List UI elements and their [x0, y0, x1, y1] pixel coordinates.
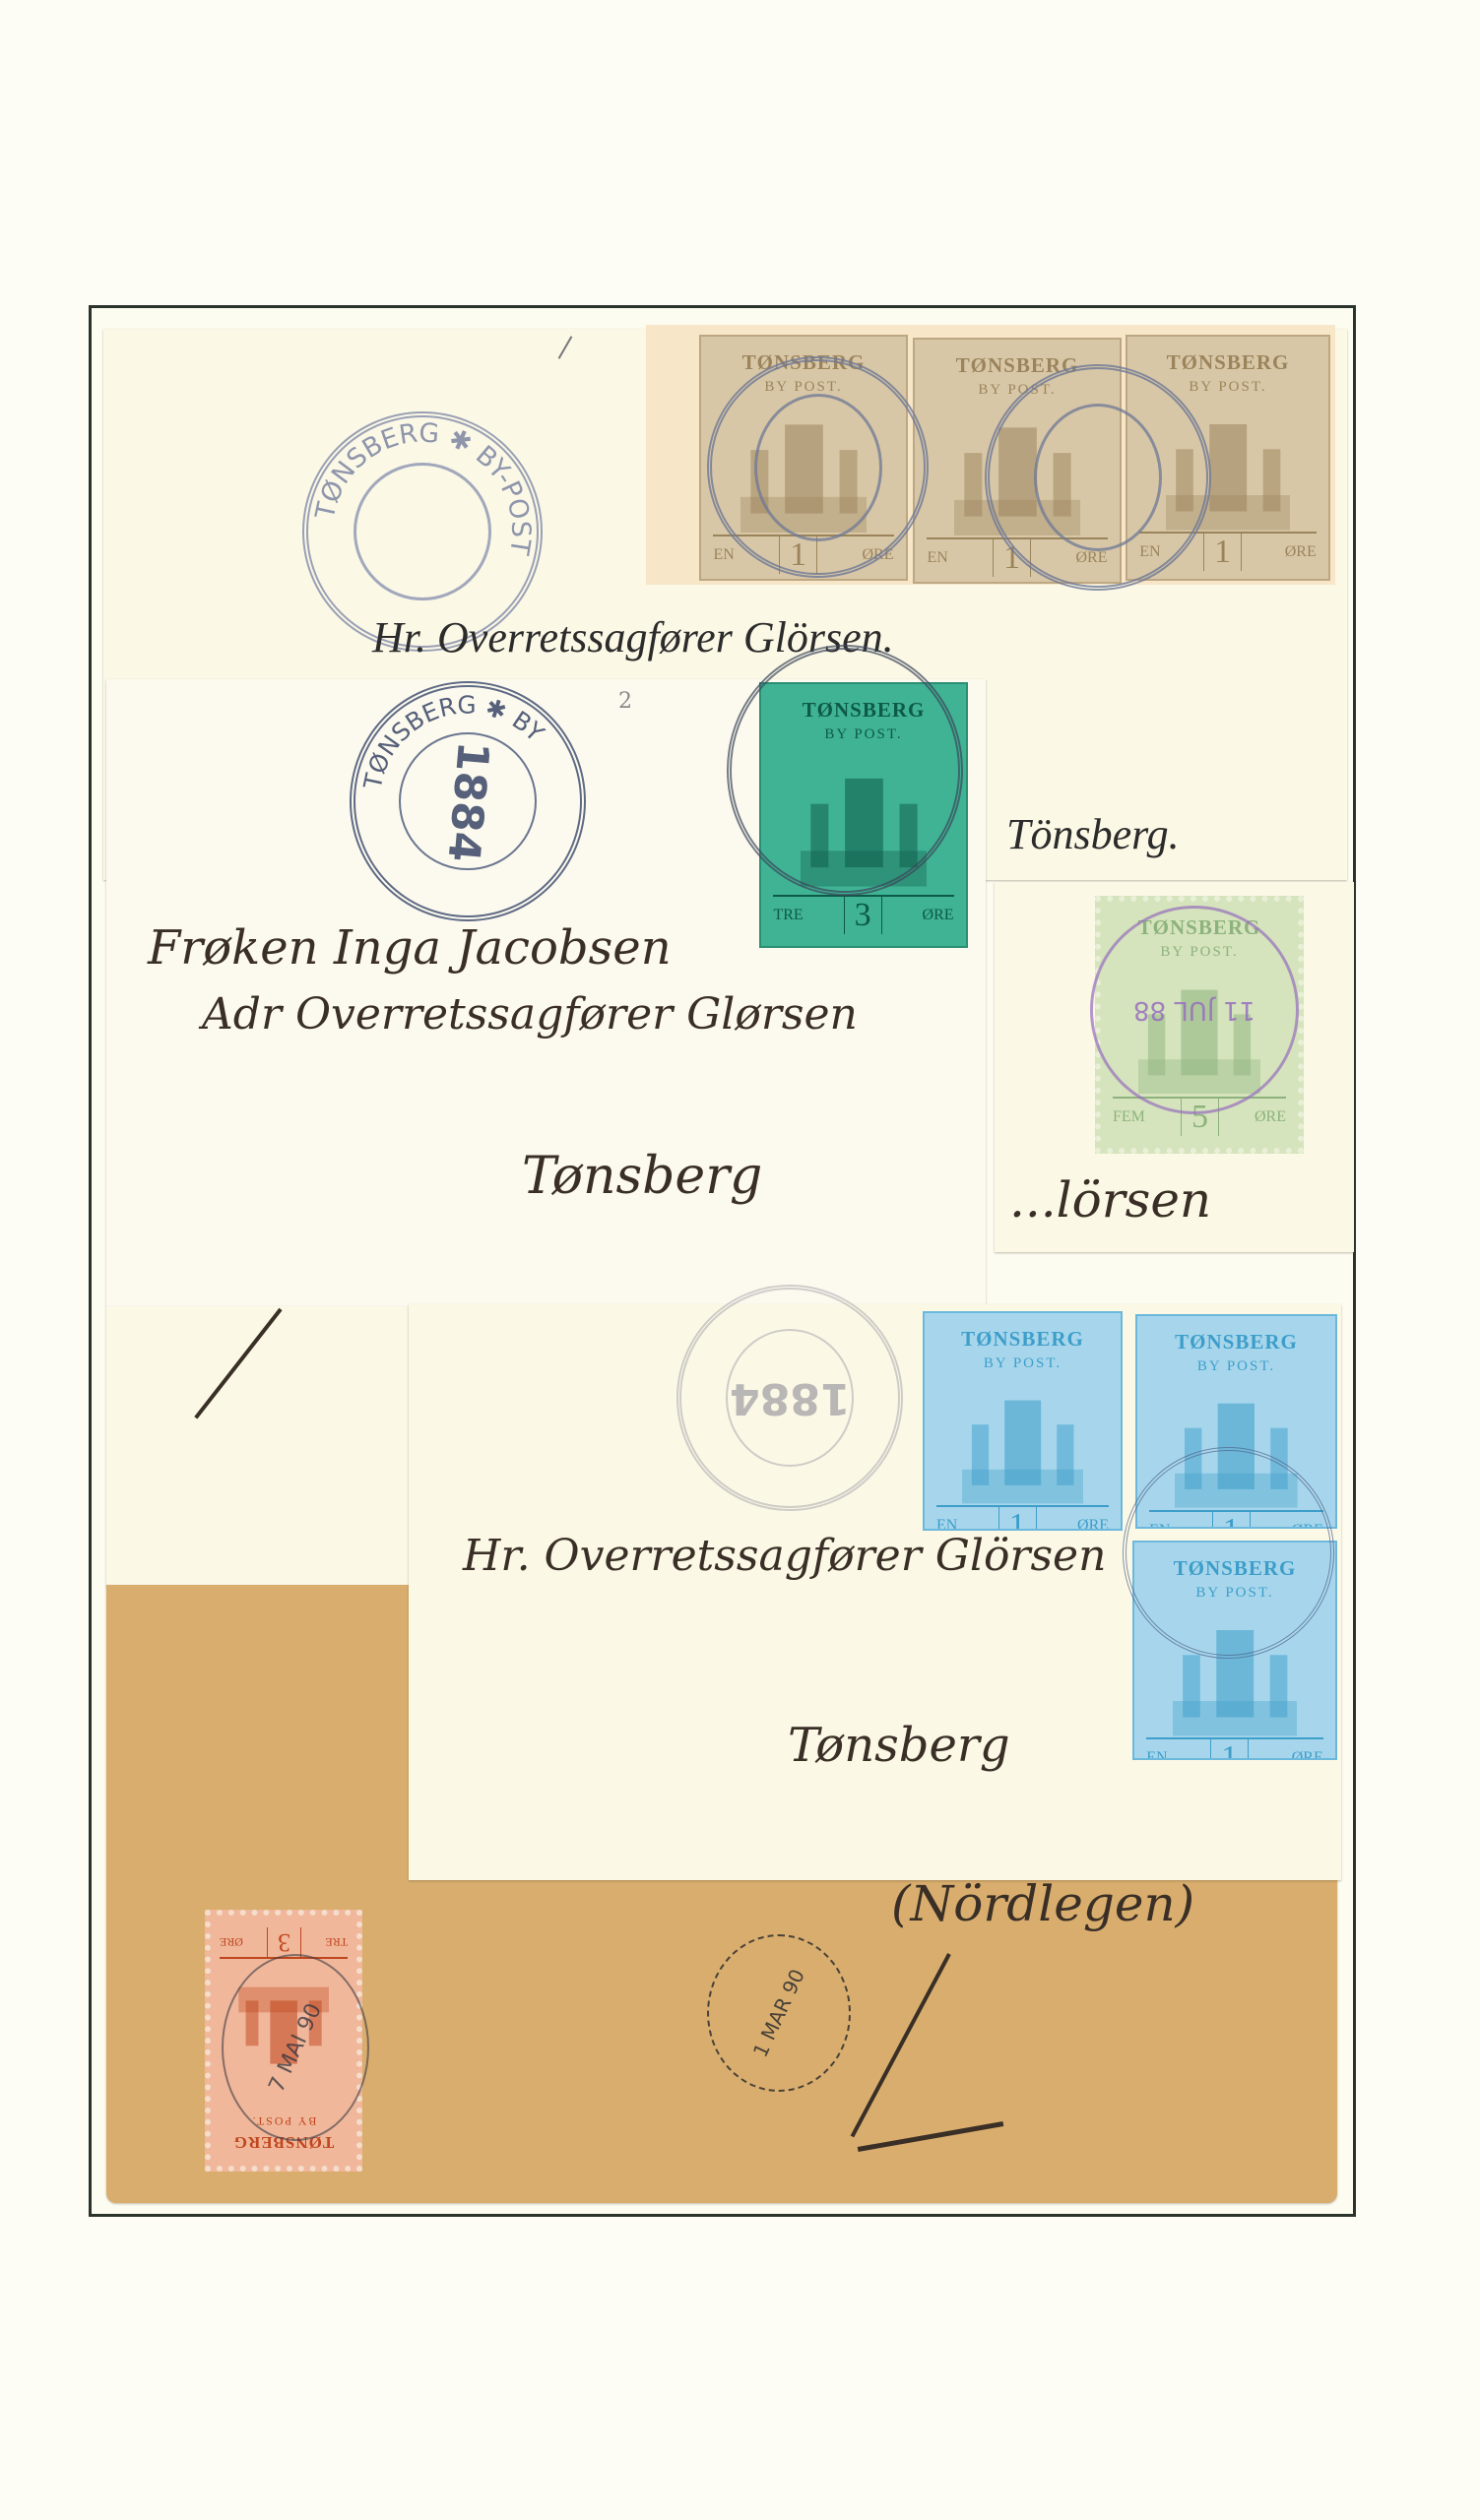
cover-4-envelope: [106, 1306, 412, 1587]
cover-2-address-line1: Frøken Inga Jacobsen: [148, 920, 672, 976]
cover-3-handwritten-fragment: ...lörsen: [1009, 1171, 1211, 1228]
cover-1-stamp-cancel-1: [707, 356, 929, 578]
cover-1-stamp-cancel-2: [985, 364, 1211, 591]
cover-2-pencil-number: 2: [618, 689, 632, 714]
cover-6-address: (Nördlegen): [891, 1875, 1194, 1932]
cover-2-address-line2: Adr Overretssagfører Glørsen: [202, 989, 858, 1039]
cover-5-handstamp: 1884: [676, 1285, 903, 1511]
cover-5-stamp-1: TØNSBERG BY POST. EN1ØRE: [923, 1311, 1123, 1531]
cover-5-stamp-cancel: [1123, 1447, 1334, 1659]
cover-5-address-line1: Hr. Overretssagfører Glörsen: [463, 1531, 1106, 1581]
cover-2-address-line3: Tønsberg: [522, 1147, 762, 1206]
cover-3-stamp-cancel: 11 JUL 88: [1090, 906, 1299, 1114]
cover-2-handstamp-date: 1884: [437, 739, 497, 863]
cover-6-handstamp: 1 MAR 90: [707, 1934, 851, 2092]
cover-5-address-line2: Tønsberg: [788, 1718, 1010, 1773]
cover-2-handstamp: TØNSBERG ✱ BY 1884: [350, 681, 586, 921]
cover-1-printed-address-line2: Tönsberg.: [1006, 809, 1180, 859]
cover-6-stamp-cancel: 7 MAI 90: [222, 1954, 369, 2141]
svg-text:TØNSBERG ✱ BY-POST: TØNSBERG ✱ BY-POST: [309, 417, 536, 557]
cover-2-stamp-cancel: [727, 645, 963, 896]
tower-icon: [962, 1380, 1083, 1505]
cover-1-handstamp-text: TØNSBERG ✱ BY-POST: [309, 417, 536, 557]
